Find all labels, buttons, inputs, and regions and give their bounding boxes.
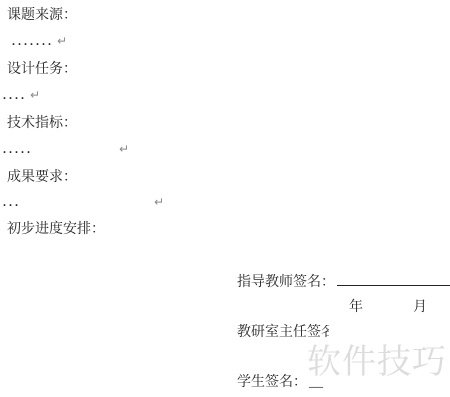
student-signature-label: 学生签名： bbox=[237, 375, 307, 390]
supervisor-signature-line[interactable] bbox=[337, 271, 450, 286]
placeholder-dots-line: .....↵ bbox=[3, 141, 129, 157]
placeholder-dots-line: .......↵ bbox=[12, 33, 67, 49]
date-line: 年 月 日↵ bbox=[349, 299, 450, 316]
date-line-text: 年 月 日 bbox=[349, 300, 450, 315]
paragraph-return-icon: ↵ bbox=[57, 34, 67, 48]
dots-text: ....... bbox=[12, 34, 54, 48]
document-page: 、课题来源： .......↵ 、设计任务： ....↵ 、技术指标： ....… bbox=[0, 0, 450, 397]
student-signature-row: 学生签名：__ bbox=[237, 375, 323, 391]
dots-text: ..... bbox=[3, 142, 33, 156]
dots-text: .... bbox=[3, 88, 27, 102]
placeholder-dots-line: ...↵ bbox=[3, 194, 164, 210]
student-signature-line[interactable]: __ bbox=[309, 375, 323, 390]
paragraph-return-icon: ↵ bbox=[154, 195, 164, 209]
supervisor-signature-label: 指导教师签名： bbox=[237, 275, 335, 290]
list-item-title-design-tasks: 、设计任务： bbox=[0, 62, 77, 78]
dots-text: ... bbox=[3, 195, 21, 209]
list-item-title-technical-specs: 、技术指标： bbox=[0, 116, 77, 132]
watermark-text: 软件技巧 bbox=[307, 340, 447, 384]
supervisor-signature-row: 指导教师签名： bbox=[237, 271, 450, 291]
dept-head-clipped-char: 名 bbox=[321, 325, 329, 338]
list-item-title-topic-source: 、课题来源： bbox=[0, 8, 77, 24]
paragraph-return-icon: ↵ bbox=[30, 88, 40, 102]
list-item-title-schedule: 、初步进度安排： bbox=[0, 222, 105, 238]
dept-head-signature-label: 教研室主任签 bbox=[237, 325, 321, 340]
list-item-title-deliverables: 、成果要求： bbox=[0, 170, 77, 186]
paragraph-return-icon: ↵ bbox=[119, 142, 129, 156]
placeholder-dots-line: ....↵ bbox=[3, 87, 40, 103]
dept-head-signature-row: 教研室主任签名 bbox=[237, 325, 329, 341]
